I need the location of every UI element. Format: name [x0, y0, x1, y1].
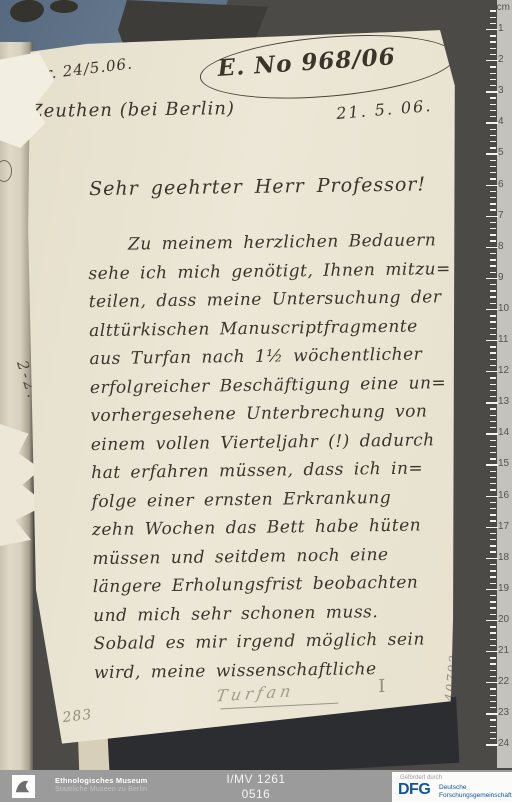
ruler-tick-minor [490, 296, 496, 297]
letter-content: Pr. 24/5.06. Zeuthen (bei Berlin) E. No … [21, 25, 465, 751]
ruler-number: 10 [498, 303, 510, 314]
ruler-tick-minor [490, 85, 496, 86]
ruler-tick-minor [490, 421, 496, 422]
ruler-tick-minor [490, 645, 496, 646]
ruler-number: 11 [498, 334, 510, 345]
ruler-tick-minor [490, 10, 496, 11]
funder-name-line1: Deutsche [439, 784, 466, 791]
ruler-tick-minor [490, 384, 496, 385]
ruler-tick-minor [490, 259, 496, 260]
ruler-tick-minor [490, 203, 496, 204]
ruler-tick-minor [490, 732, 496, 733]
ruler-tick-minor [490, 160, 496, 161]
ruler-tick-minor [490, 104, 496, 105]
ruler-tick-major [486, 309, 498, 310]
ruler-tick-major [486, 620, 498, 621]
ruler-tick-minor [490, 676, 496, 677]
ruler-tick-major [486, 713, 498, 714]
ruler-tick-minor [490, 228, 496, 229]
ruler-tick-minor [490, 222, 496, 223]
ruler-tick-major [486, 464, 498, 465]
ruler-tick-major [486, 527, 498, 528]
ruler-tick-minor [490, 446, 496, 447]
ruler-number: 23 [498, 707, 510, 718]
ruler-tick-minor [490, 265, 496, 266]
ruler-tick-minor [490, 663, 496, 664]
ruler-tick-minor [490, 695, 496, 696]
ruler-tick-minor [490, 334, 496, 335]
ruler-number: 5 [498, 147, 510, 158]
ruler-tick-minor [490, 284, 496, 285]
ruler-number: 8 [498, 241, 510, 252]
ruler-tick-minor [490, 657, 496, 658]
ruler-tick-minor [490, 614, 496, 615]
binding-clamp-icon [50, 0, 78, 13]
ruler-tick-minor [490, 377, 496, 378]
ruler-tick-major [486, 278, 498, 279]
ruler-tick-minor [490, 240, 496, 241]
ruler-tick-minor [490, 116, 496, 117]
ruler-tick-minor [490, 471, 496, 472]
ruler-number: 3 [498, 85, 510, 96]
ruler-tick-minor [490, 502, 496, 503]
ruler-number: 16 [498, 490, 510, 501]
ruler-tick-minor [490, 48, 496, 49]
ruler-tick-minor [490, 533, 496, 534]
ruler-tick-minor [490, 477, 496, 478]
letter-line: zehn Wochen das Bett habe hüten [92, 516, 421, 541]
ruler-tick-minor [490, 564, 496, 565]
dfg-logo: Gefördert durch DFG Deutsche Forschungsg… [392, 772, 512, 802]
ruler-tick-minor [490, 726, 496, 727]
ruler-tick-minor [490, 54, 496, 55]
dfg-acronym: DFG [398, 781, 430, 799]
ruler-tick-minor [490, 483, 496, 484]
date-line: 21. 5. 06. [335, 96, 433, 123]
ruler-tick-minor [490, 73, 496, 74]
ruler-tick-minor [490, 539, 496, 540]
ruler-tick-minor [490, 670, 496, 671]
ruler-tick-minor [490, 191, 496, 192]
letter-line: und mich sehr schonen muss. [93, 602, 378, 626]
letter-line: erfolgreicher Beschäftigung eine un= [90, 373, 447, 398]
letter-line: teilen, dass meine Untersuchung der [89, 287, 442, 312]
ruler-tick-minor [490, 396, 496, 397]
salutation: Sehr geehrter Herr Professor! [89, 173, 426, 200]
ruler-tick-minor [490, 17, 496, 18]
ruler-tick-minor [490, 595, 496, 596]
ruler-tick-minor [490, 626, 496, 627]
ruler-tick-minor [490, 166, 496, 167]
letter-line: aus Turfan nach 1½ wöchentlicher [89, 344, 422, 369]
ruler-tick-major [486, 744, 498, 745]
letter-line: wird, meine wissenschaftliche [94, 659, 377, 683]
ruler-tick-minor [490, 23, 496, 24]
ruler-tick-minor [490, 601, 496, 602]
ruler-tick-major [486, 185, 498, 186]
ruler-tick-minor [490, 508, 496, 509]
ruler-number: 22 [498, 676, 510, 687]
ruler-number: 15 [498, 458, 510, 469]
ruler-tick-minor [490, 365, 496, 366]
letter-line: sehe ich mich genötigt, Ihnen mitzu= [88, 259, 451, 284]
pencil-page-number: 283 [62, 707, 93, 726]
ruler-tick-minor [490, 290, 496, 291]
ruler-tick-major [486, 340, 498, 341]
ruler-tick-minor [490, 551, 496, 552]
ruler-tick-minor [490, 141, 496, 142]
ruler-tick-minor [490, 719, 496, 720]
ruler-tick-minor [490, 576, 496, 577]
ruler-number: 21 [498, 645, 510, 656]
ruler-tick-minor [490, 129, 496, 130]
letter-page: Pr. 24/5.06. Zeuthen (bei Berlin) E. No … [26, 28, 460, 748]
ruler-tick-minor [490, 321, 496, 322]
ruler-tick-minor [490, 427, 496, 428]
ruler-tick-minor [490, 583, 496, 584]
ruler-number: 14 [498, 427, 510, 438]
ruler-tick-minor [490, 452, 496, 453]
ruler-tick-major [486, 29, 498, 30]
letter-line: folge einer ernsten Erkrankung [91, 487, 391, 511]
ruler-tick-major [486, 589, 498, 590]
ruler-tick-minor [490, 408, 496, 409]
ruler-tick-major [486, 402, 498, 403]
ruler-tick-major [486, 651, 498, 652]
pencil-note: Turfan [215, 681, 297, 705]
ruler-tick-minor [490, 520, 496, 521]
letter-line: hat erfahren müssen, dass ich in= [91, 458, 423, 483]
ruler: cm 1234567891011121314151617181920212223… [486, 0, 512, 768]
ruler-tick-minor [490, 607, 496, 608]
pencil-roman-numeral: I [378, 676, 385, 697]
ruler-tick-minor [490, 390, 496, 391]
letter-line: einem vollen Vierteljahr (!) dadurch [91, 430, 435, 455]
ruler-tick-major [486, 682, 498, 683]
ruler-tick-minor [490, 147, 496, 148]
ruler-number: 13 [498, 396, 510, 407]
letter-line: vorhergesehene Unterbrechung von [90, 401, 427, 426]
letter-line: Sobald es mir irgend möglich sein [93, 629, 425, 654]
ruler-tick-minor [490, 272, 496, 273]
ruler-tick-minor [490, 440, 496, 441]
ruler-tick-minor [490, 738, 496, 739]
ruler-number: 4 [498, 116, 510, 127]
ruler-tick-minor [490, 178, 496, 179]
ruler-tick-minor [490, 352, 496, 353]
ruler-tick-minor [490, 458, 496, 459]
ruler-tick-minor [490, 346, 496, 347]
ruler-tick-minor [490, 545, 496, 546]
ruler-number: 24 [498, 738, 510, 749]
ruler-tick-minor [490, 234, 496, 235]
place-line: Zeuthen (bei Berlin) [30, 98, 235, 122]
ruler-number: 20 [498, 614, 510, 625]
ruler-tick-minor [490, 209, 496, 210]
ruler-tick-minor [490, 172, 496, 173]
ruler-tick-major [486, 216, 498, 217]
ruler-tick-major [486, 558, 498, 559]
ruler-tick-minor [490, 41, 496, 42]
ruler-unit-label: cm [497, 2, 510, 13]
ruler-tick-minor [490, 315, 496, 316]
letter-line: müssen und seitdem noch eine [92, 544, 388, 568]
ruler-tick-minor [490, 688, 496, 689]
ruler-number: 18 [498, 552, 510, 563]
ruler-tick-minor [490, 303, 496, 304]
ruler-tick-minor [490, 253, 496, 254]
ruler-tick-minor [490, 570, 496, 571]
ruler-tick-minor [490, 97, 496, 98]
ruler-tick-minor [490, 639, 496, 640]
ruler-tick-major [486, 496, 498, 497]
letter-line: alttürkischen Manuscriptfragmente [89, 316, 418, 341]
ruler-tick-major [486, 433, 498, 434]
ruler-tick-major [486, 60, 498, 61]
letter-line: Zu meinem herzlichen Bedauern [128, 230, 437, 254]
ruler-number: 6 [498, 179, 510, 190]
ruler-tick-minor [490, 79, 496, 80]
ruler-number: 12 [498, 365, 510, 376]
ruler-tick-minor [490, 514, 496, 515]
ruler-tick-major [486, 153, 498, 154]
letter-line: längere Erholungsfrist beobachten [93, 573, 419, 598]
ruler-tick-major [486, 247, 498, 248]
ruler-tick-minor [490, 489, 496, 490]
scan-canvas: 2-2. Pr. 24/5.06. Zeuthen (bei Berlin) E… [0, 0, 512, 802]
ruler-tick-minor [490, 135, 496, 136]
ruler-tick-minor [490, 35, 496, 36]
ruler-tick-minor [490, 701, 496, 702]
ruler-tick-minor [490, 328, 496, 329]
ruler-tick-minor [490, 66, 496, 67]
ruler-number: 19 [498, 583, 510, 594]
ruler-tick-minor [490, 632, 496, 633]
ruler-number: 1 [498, 23, 510, 34]
ruler-tick-minor [490, 197, 496, 198]
ruler-tick-minor [490, 707, 496, 708]
funder-name-line2: Forschungsgemeinschaft [439, 792, 512, 799]
ruler-tick-minor [490, 110, 496, 111]
ruler-number: 9 [498, 272, 510, 283]
ruler-tick-minor [490, 415, 496, 416]
ruler-tick-major [486, 91, 498, 92]
ruler-number: 17 [498, 521, 510, 532]
ruler-number: 2 [498, 54, 510, 65]
ruler-tick-major [486, 371, 498, 372]
ruler-tick-major [486, 122, 498, 123]
ruler-tick-minor [490, 359, 496, 360]
ruler-number: 7 [498, 210, 510, 221]
